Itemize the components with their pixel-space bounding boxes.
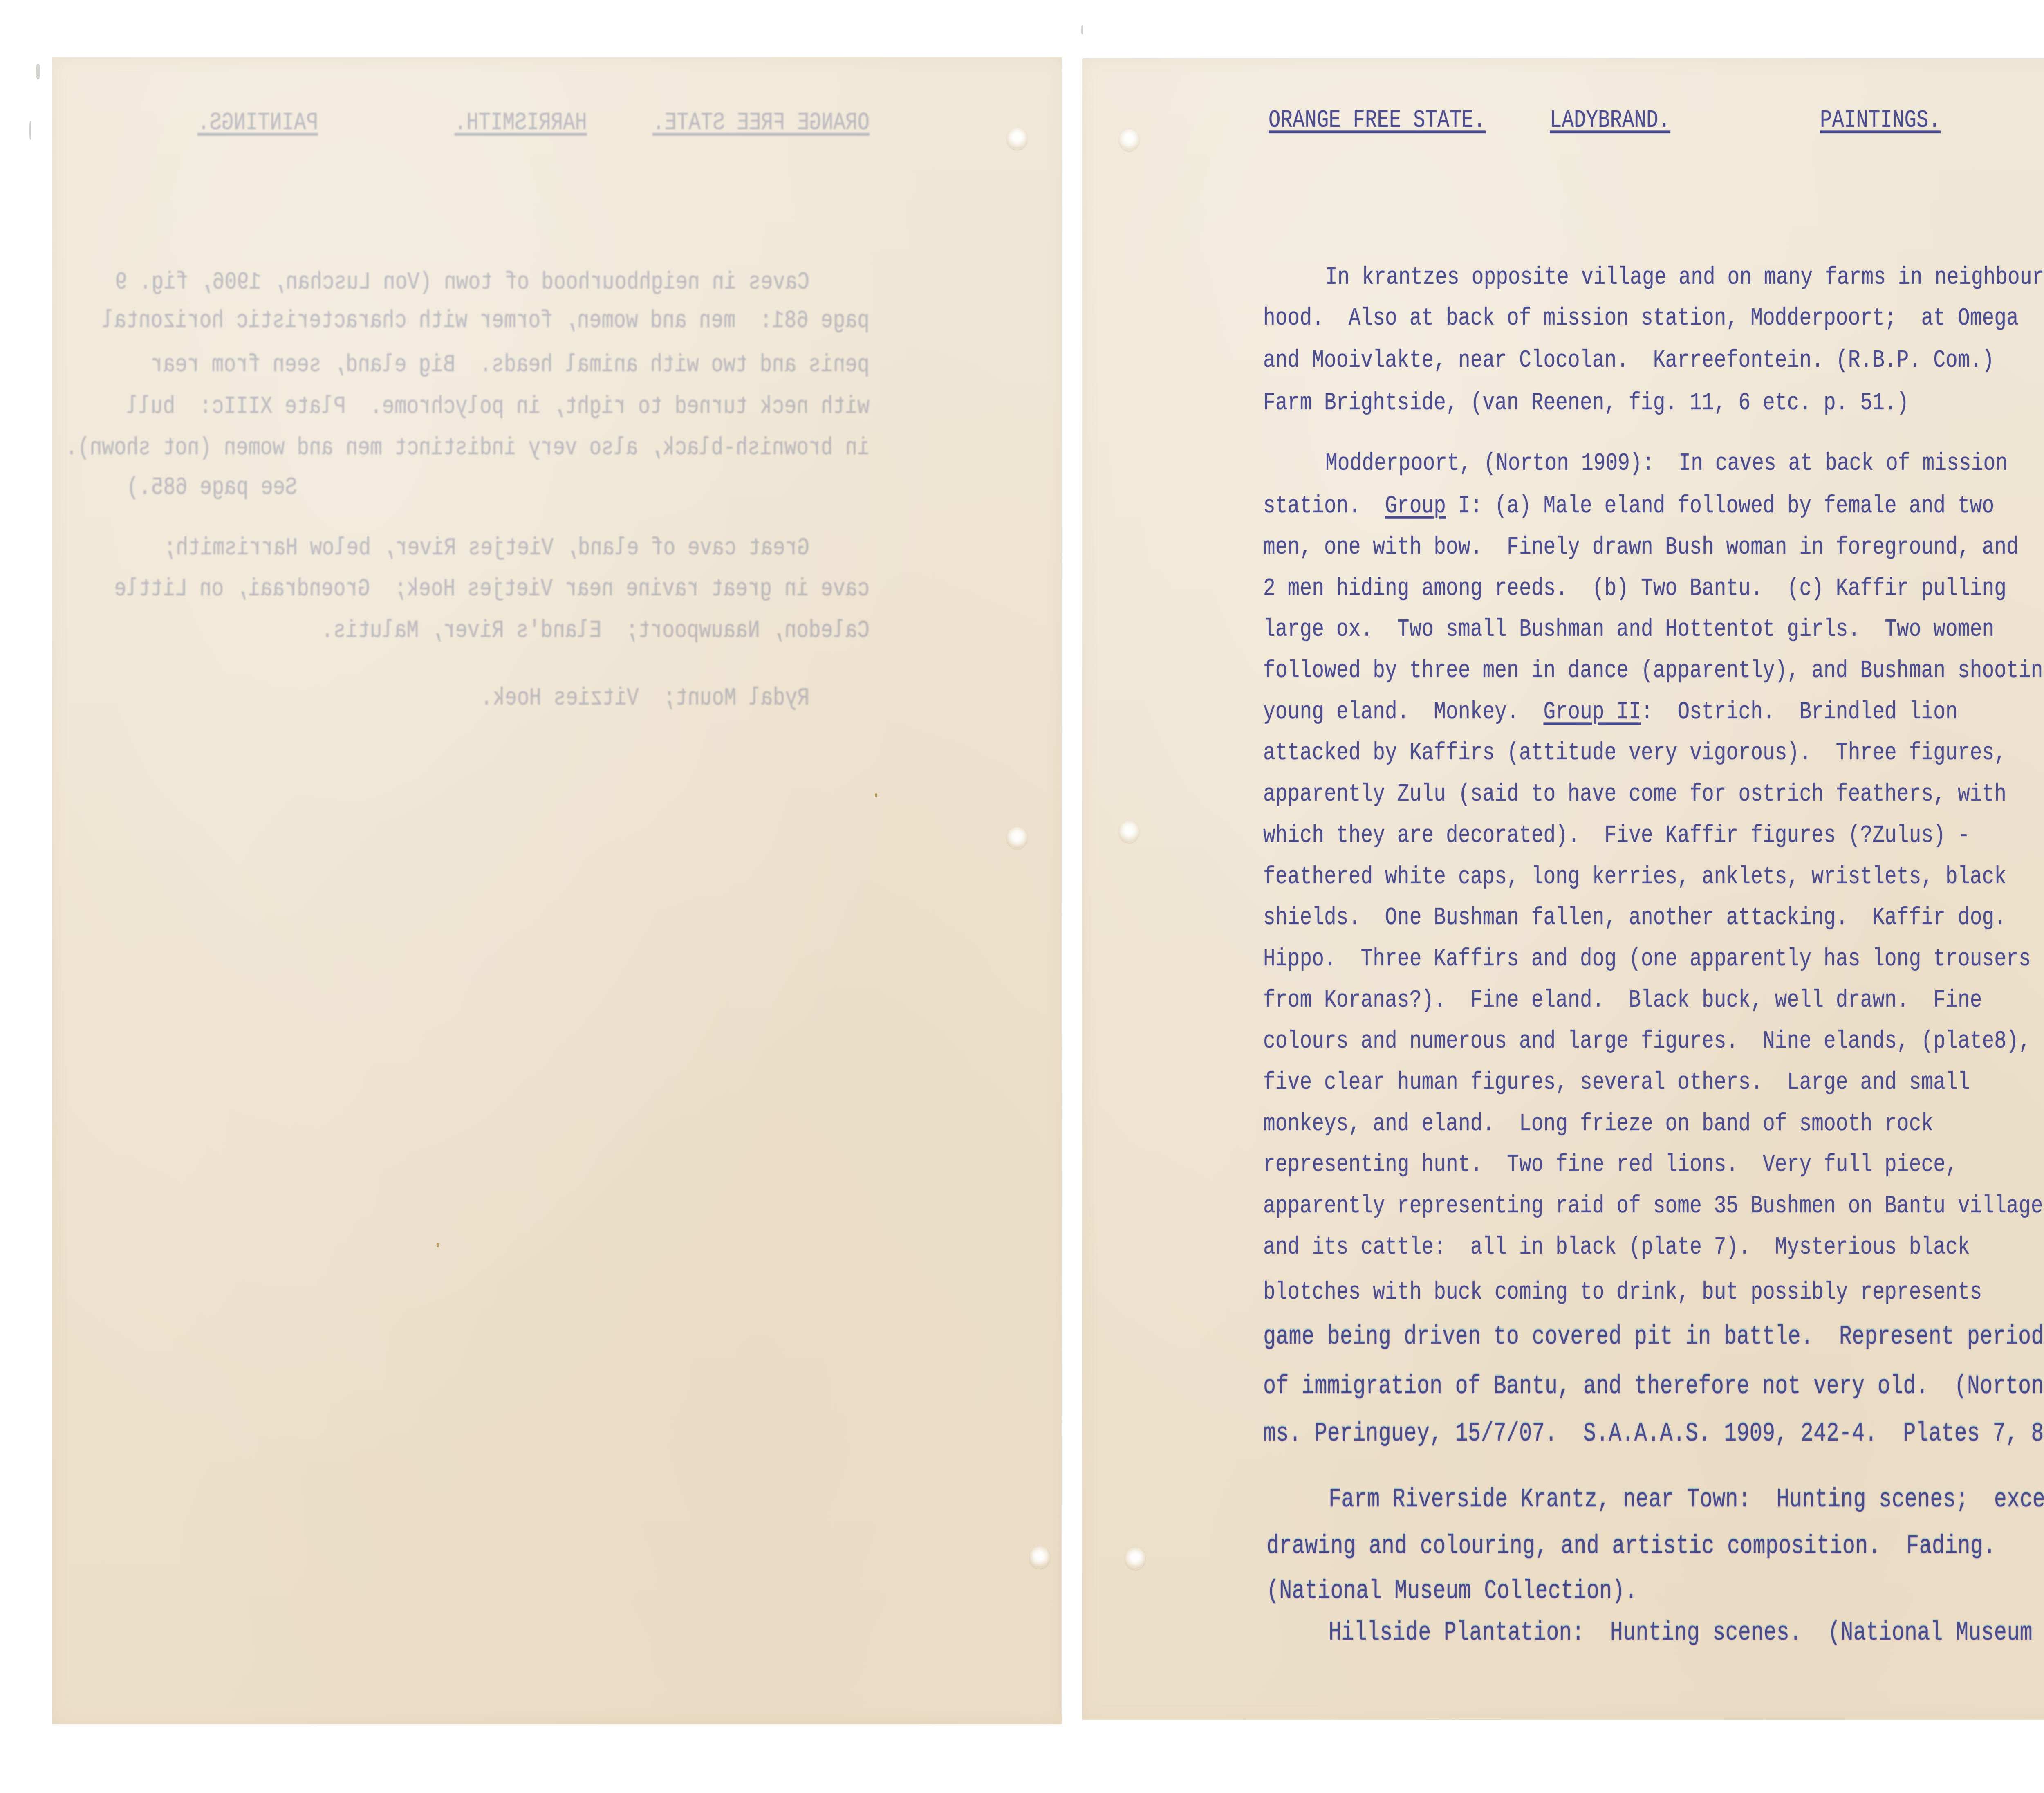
text-line: Farm Brightside, (van Reenen, fig. 11, 6… [1263, 390, 1909, 415]
underlined-heading: Group [1385, 491, 1446, 520]
text-line: drawing and colouring, and artistic comp… [1266, 1533, 1996, 1559]
text-line: shields. One Bushman fallen, another att… [1263, 904, 2006, 930]
text-line: hood. Also at back of mission station, M… [1263, 305, 2019, 331]
text-line: followed by three men in dance (apparent… [1263, 658, 2044, 683]
show-through-header-place: HARRISMITH. [454, 110, 587, 135]
text-line: and Mooivlakte, near Clocolan. Karreefon… [1263, 347, 1994, 373]
text-line: apparently Zulu (said to have come for o… [1263, 781, 2006, 807]
show-through-line: Caledon, Naauwpoort; Eland's River, Malu… [321, 617, 870, 643]
text-line: apparently representing raid of some 35 … [1263, 1193, 2043, 1219]
punch-hole [1119, 820, 1139, 843]
show-through-line: page 681: men and women, former with cha… [102, 307, 870, 333]
text-line: attacked by Kaffirs (attitude very vigor… [1263, 740, 2006, 765]
text-line: and its cattle: all in black (plate 7). … [1263, 1234, 1970, 1260]
show-through-header-category: PAINTINGS. [197, 110, 318, 135]
punch-hole [1007, 826, 1027, 849]
paper-speck [437, 1243, 439, 1247]
scan-mark [1081, 25, 1083, 34]
show-through-line: See page 685.) [127, 474, 297, 500]
scan-mark [29, 121, 31, 140]
header-region: ORANGE FREE STATE. [1269, 107, 1486, 133]
show-through-text: ORANGE FREE STATE. HARRISMITH. PAINTINGS… [52, 57, 1062, 1724]
header-category: PAINTINGS. [1820, 107, 1941, 133]
text-line: Hillside Plantation: Hunting scenes. (Na… [1329, 1620, 2044, 1646]
text-line: Farm Riverside Krantz, near Town: Huntin… [1329, 1487, 2044, 1512]
text-line: five clear human figures, several others… [1263, 1069, 1970, 1095]
text-line: monkeys, and eland. Long frieze on band … [1263, 1111, 1933, 1136]
punch-hole [1119, 128, 1139, 151]
text-line: of immigration of Bantu, and therefore n… [1263, 1373, 2044, 1399]
text-line: large ox. Two small Bushman and Hottento… [1263, 616, 1994, 642]
text-line: feathered white caps, long kerries, ankl… [1263, 864, 2006, 889]
show-through-line: with neck turned to right, in polychrome… [126, 393, 870, 419]
text-line: ms. Peringuey, 15/7/07. S.A.A.A.S. 1909,… [1263, 1421, 2044, 1447]
text-line: young eland. Monkey. Group II: Ostrich. … [1263, 699, 1958, 725]
punch-hole [1007, 127, 1027, 150]
text-line: Modderpoort, (Norton 1909): In caves at … [1325, 450, 2008, 476]
text-line: station. Group I: (a) Male eland followe… [1263, 493, 1994, 518]
text-line: game being driven to covered pit in batt… [1263, 1324, 2044, 1350]
text-line: blotches with buck coming to drink, but … [1263, 1279, 1982, 1305]
show-through-header-region: ORANGE FREE STATE. [652, 110, 870, 135]
underlined-heading: Group II [1544, 697, 1641, 726]
text-line: from Koranas?). Fine eland. Black buck, … [1263, 987, 1982, 1013]
text-line: colours and numerous and large figures. … [1263, 1028, 2031, 1054]
show-through-line: Caves in neighbourhood of town (Von Lusc… [115, 269, 809, 295]
punch-hole [1125, 1547, 1145, 1570]
text-line: 2 men hiding among reeds. (b) Two Bantu.… [1263, 575, 2006, 601]
left-page: ORANGE FREE STATE. HARRISMITH. PAINTINGS… [52, 57, 1062, 1724]
show-through-line: penis and two with animal heads. Big ela… [151, 352, 870, 377]
text-line: (National Museum Collection). [1266, 1578, 1638, 1604]
text-line: which they are decorated). Five Kaffir f… [1263, 822, 1970, 848]
header-place: LADYBRAND. [1550, 107, 1670, 133]
punch-hole [1029, 1546, 1050, 1569]
scan-mark [36, 64, 40, 79]
show-through-line: cave in great ravine near Vietjes Hoek; … [114, 576, 870, 601]
show-through-line: in brownish-black, also very indistinct … [65, 435, 870, 460]
text-line: representing hunt. Two fine red lions. V… [1263, 1151, 1958, 1177]
text-line: men, one with bow. Finely drawn Bush wom… [1263, 534, 2019, 560]
paper-speck [875, 793, 877, 797]
text-line: In krantzes opposite village and on many… [1325, 264, 2044, 290]
text-line: Hippo. Three Kaffirs and dog (one appare… [1263, 946, 2044, 972]
show-through-line: Rydal Mount; Vitzies Hoek. [480, 685, 809, 711]
show-through-line: Great cave of eland, Vietjes River, belo… [164, 535, 809, 561]
